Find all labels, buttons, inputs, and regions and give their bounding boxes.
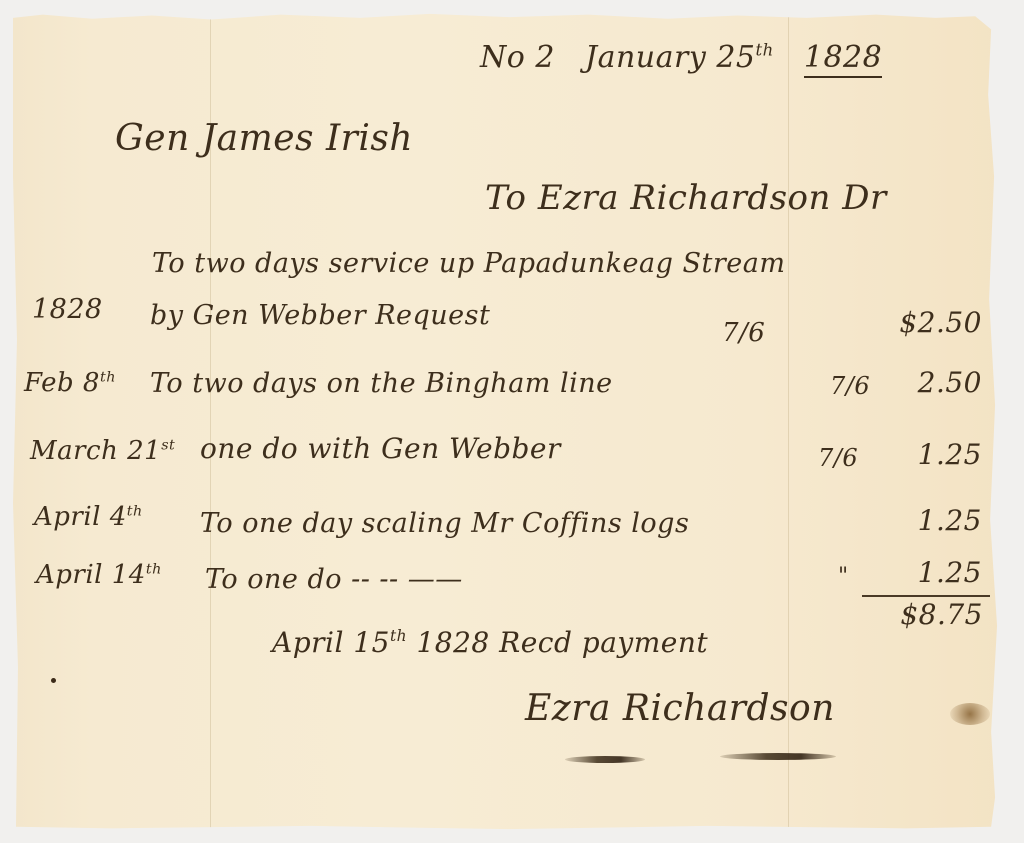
receipt-line: April 15th 1828 Recd payment (272, 626, 708, 659)
entry-4-date: April 4th (34, 502, 143, 532)
receipt-header: No 2 January 25th 1828 (480, 40, 882, 75)
entry-3-rate: 7/6 (818, 444, 858, 472)
ink-stain (950, 703, 990, 725)
entry-2-description: To two days on the Bingham line (150, 368, 613, 399)
signature: Ezra Richardson (525, 688, 835, 729)
entry-5-description: To one do -- -- —— (205, 564, 463, 595)
entry-3-date: March 21st (30, 436, 175, 466)
receipt-date: January 25 (585, 40, 755, 75)
entry-4-description: To one day scaling Mr Coffins logs (200, 508, 689, 539)
receipt-year: 1828 (804, 40, 882, 78)
receipt-line-text: 1828 Recd payment (416, 626, 708, 659)
ink-dot (51, 678, 56, 683)
signature-flourish (720, 753, 836, 760)
entry-5-amount: 1.25 (882, 556, 982, 589)
entry-1-description-line1: To two days service up Papadunkeag Strea… (152, 248, 785, 279)
entry-2-amount: 2.50 (882, 366, 982, 399)
receipt-line-date: April 15 (272, 626, 390, 659)
total-amount: $8.75 (848, 598, 983, 631)
entry-1-date: 1828 (32, 294, 103, 325)
addressee: Gen James Irish (115, 118, 413, 159)
entry-3-description: one do with Gen Webber (200, 432, 561, 465)
entry-1-rate: 7/6 (722, 318, 765, 348)
entry-5-ditto-mark: " (838, 564, 849, 589)
entry-4-amount: 1.25 (882, 504, 982, 537)
total-rule (862, 595, 990, 597)
receipt-date-suffix: th (756, 41, 774, 60)
creditor-line: To Ezra Richardson Dr (485, 178, 887, 218)
receipt-number: No 2 (480, 40, 555, 75)
signature-flourish (565, 756, 645, 763)
entry-3-amount: 1.25 (882, 438, 982, 471)
entry-1-amount: $2.50 (842, 306, 982, 339)
entry-1-description-line2: by Gen Webber Request (150, 300, 490, 331)
entry-5-date: April 14th (36, 560, 162, 590)
entry-2-rate: 7/6 (830, 372, 870, 400)
entry-2-date: Feb 8th (24, 368, 116, 398)
